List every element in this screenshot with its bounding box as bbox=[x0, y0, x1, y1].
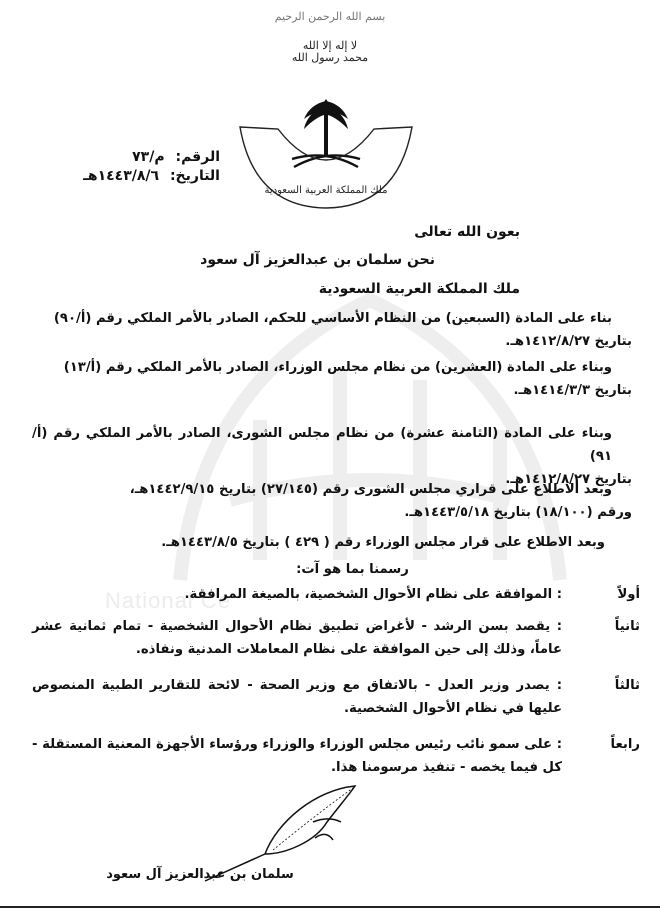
signer-name: سلمان بن عبدالعزيز آل سعود bbox=[100, 867, 300, 882]
basmala: بسم الله الرحمن الرحيم bbox=[270, 10, 390, 23]
preamble-paragraph: وبناء على المادة (العشرين) من نظام مجلس … bbox=[32, 356, 632, 402]
reference-date: التاريخ: ١٤٤٣/٨/٦هـ bbox=[50, 167, 220, 186]
opening-line-1: بعون الله تعالى bbox=[414, 224, 520, 240]
clause-text: : يقصد بسن الرشد - لأغراض تطبيق نظام الأ… bbox=[32, 615, 562, 661]
reference-block: الرقم: م/٧٣ التاريخ: ١٤٤٣/٨/٦هـ bbox=[50, 148, 220, 186]
opening-line-2: نحن سلمان بن عبدالعزيز آل سعود bbox=[200, 252, 435, 268]
clause-fourth: رابعاً : على سمو نائب رئيس مجلس الوزراء … bbox=[32, 733, 640, 779]
clause-label: رابعاً bbox=[580, 733, 640, 756]
preamble-line: وبناء على المادة (الثامنة عشرة) من نظام … bbox=[32, 422, 632, 468]
shahada-calligraphy: لا إله إلا الله محمد رسول الله bbox=[290, 40, 370, 64]
saudi-emblem-icon: ملك المملكة العربية السعودية bbox=[238, 95, 414, 210]
reference-date-value: ١٤٤٣/٨/٦هـ bbox=[83, 168, 159, 184]
preamble-line: وبناء على المادة (العشرين) من نظام مجلس … bbox=[32, 356, 632, 379]
preamble-line: بناء على المادة (السبعين) من النظام الأس… bbox=[32, 307, 632, 330]
opening-line-3: ملك المملكة العربية السعودية bbox=[319, 281, 520, 297]
preamble-line: وبعد الاطلاع على قرار مجلس الوزراء رقم (… bbox=[161, 535, 605, 550]
clause-text: : الموافقة على نظام الأحوال الشخصية، بال… bbox=[32, 583, 562, 606]
bottom-rule bbox=[0, 906, 660, 908]
clause-text: : يصدر وزير العدل - بالاتفاق مع وزير الص… bbox=[32, 674, 562, 720]
reference-date-label: التاريخ: bbox=[170, 168, 220, 184]
preamble-line: بتاريخ ١٤١٢/٨/٢٧هـ. bbox=[505, 334, 632, 349]
reference-number-value: م/٧٣ bbox=[132, 149, 164, 165]
reference-number-label: الرقم: bbox=[175, 149, 220, 165]
preamble-line: ورقم (١٨/١٠٠) بتاريخ ١٤٤٣/٥/١٨هـ. bbox=[404, 505, 632, 520]
clause-label: ثالثاً bbox=[580, 674, 640, 697]
clause-label: ثانياً bbox=[580, 615, 640, 638]
decree-intro: رسمنا بما هو آت: bbox=[0, 558, 660, 581]
clause-third: ثالثاً : يصدر وزير العدل - بالاتفاق مع و… bbox=[32, 674, 640, 720]
clause-first: أولاً : الموافقة على نظام الأحوال الشخصي… bbox=[32, 583, 640, 606]
reference-number: الرقم: م/٧٣ bbox=[50, 148, 220, 167]
preamble-paragraph: وبعد الاطلاع على قرار مجلس الوزراء رقم (… bbox=[32, 531, 605, 554]
emblem-caption: ملك المملكة العربية السعودية bbox=[265, 185, 388, 196]
decree-page: National Ce بسم الله الرحمن الرحيم لا إل… bbox=[0, 0, 660, 910]
preamble-line: بتاريخ ١٤١٤/٣/٣هـ. bbox=[513, 383, 632, 398]
clause-text: : على سمو نائب رئيس مجلس الوزراء والوزرا… bbox=[32, 733, 562, 779]
preamble-line: وبعد الاطلاع على قراري مجلس الشورى رقم (… bbox=[32, 478, 632, 501]
clause-label: أولاً bbox=[580, 583, 640, 606]
preamble-paragraph: بناء على المادة (السبعين) من النظام الأس… bbox=[32, 307, 632, 353]
preamble-paragraph: وبعد الاطلاع على قراري مجلس الشورى رقم (… bbox=[32, 478, 632, 524]
clause-second: ثانياً : يقصد بسن الرشد - لأغراض تطبيق ن… bbox=[32, 615, 640, 661]
